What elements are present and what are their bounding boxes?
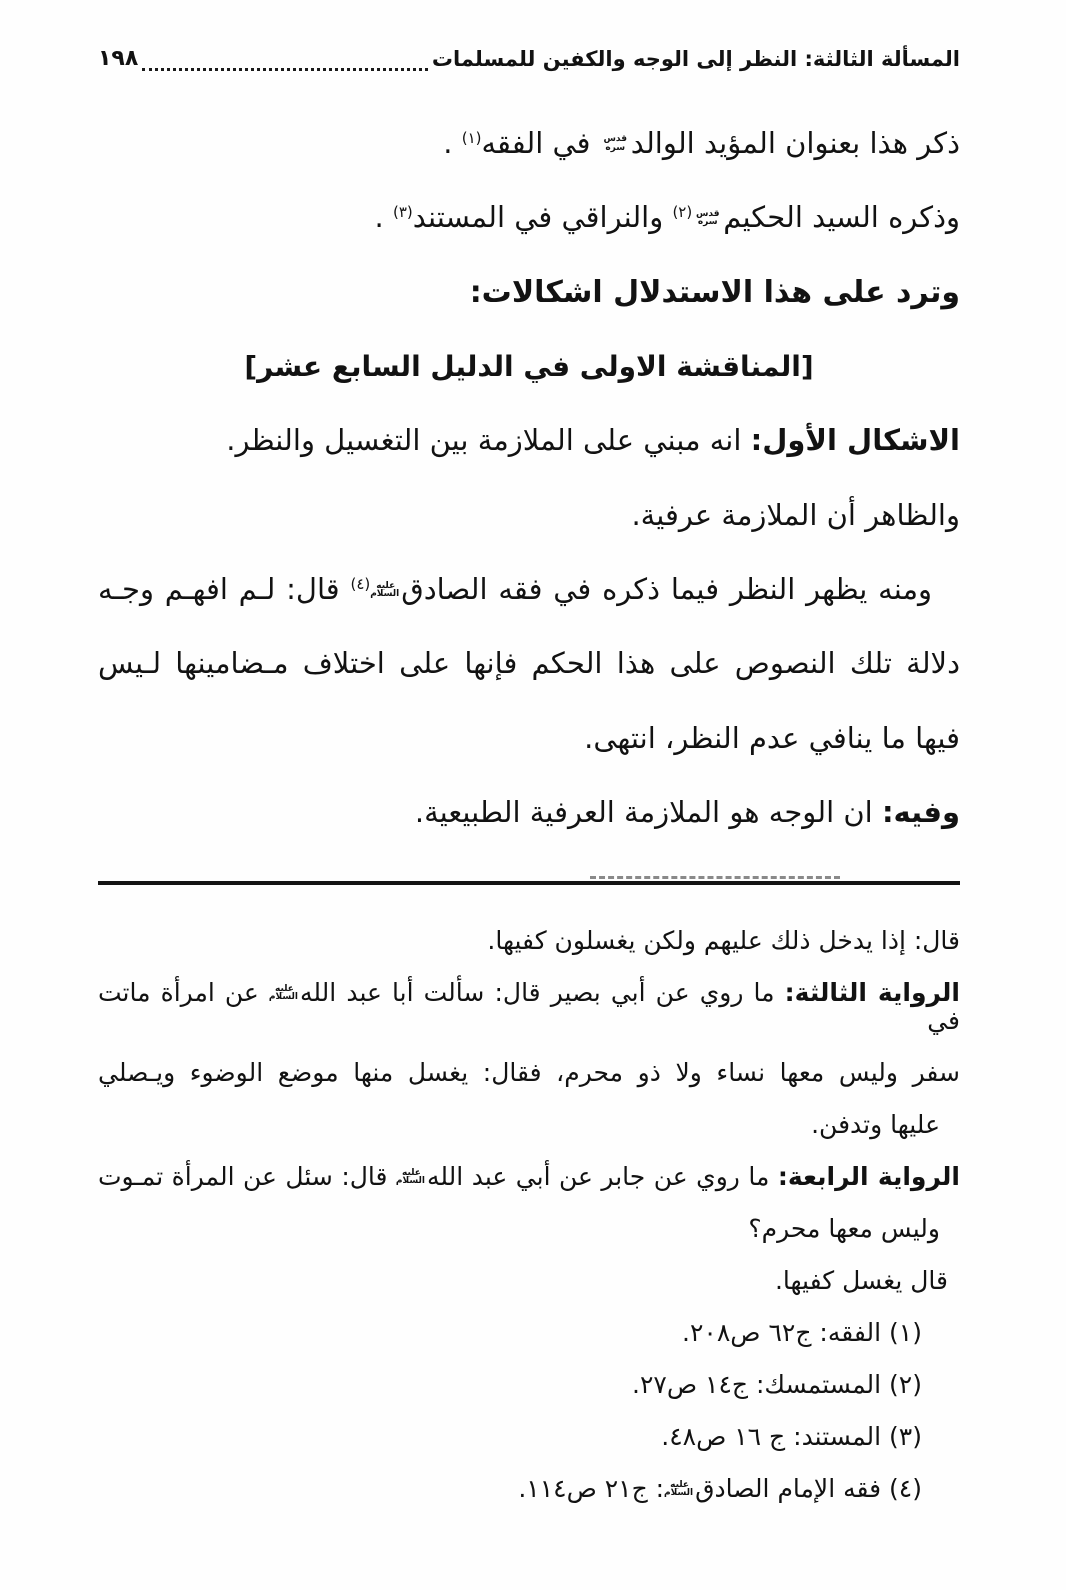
text-run: ما روي عن أبي بصير قال: سألت أبا عبد الل… — [300, 978, 785, 1007]
text-run: قال: لـم افهـم وجـه — [98, 572, 350, 606]
paragraph-line-6: والظاهر أن الملازمة عرفية. — [98, 499, 960, 532]
text-run: : ج٢١ ص١١٤. — [518, 1474, 664, 1503]
text-run: وذكره السيد الحكيم — [723, 200, 960, 234]
footnote-ref-1: (١) — [462, 129, 482, 147]
text-run: . — [443, 126, 461, 160]
paragraph-line-5: الاشكال الأول: انه مبني على الملازمة بين… — [98, 424, 960, 457]
text-run: ومنه يظهر النظر فيما ذكره في فقه الصادق — [401, 572, 932, 606]
running-title: المسألة الثالثة: النظر إلى الوجه والكفين… — [432, 47, 960, 71]
paragraph-line-1: ذكر هذا بعنوان المؤيد الوالدقدس سره في ا… — [98, 127, 960, 160]
footnote-ref-3: (٣) — [393, 203, 413, 221]
footnote-continuation: قال: إذا يدخل ذلك عليهم ولكن يغسلون كفيه… — [98, 927, 960, 955]
bracketed-subheading: [المناقشة الاولى في الدليل السابع عشر] — [98, 351, 960, 383]
footnote-narration-3: الرواية الثالثة: ما روي عن أبي بصير قال:… — [98, 979, 960, 1035]
footnote-line: وليس معها محرم؟ — [98, 1215, 960, 1243]
main-text-block: ذكر هذا بعنوان المؤيد الوالدقدس سره في ا… — [98, 127, 960, 829]
text-run: . — [375, 200, 393, 234]
text-run: قال: سئل عن المرأة تمـوت — [98, 1162, 396, 1191]
text-run: ما روي عن جابر عن أبي عبد الله — [427, 1162, 778, 1191]
honorific-mark: عليه السلام — [372, 582, 399, 599]
footnote-line: سفر وليس معها نساء ولا ذو محرم، فقال: يغ… — [98, 1059, 960, 1087]
honorific-mark: عليه السلام — [666, 1481, 693, 1498]
book-page: المسألة الثالثة: النظر إلى الوجه والكفين… — [0, 0, 1066, 1590]
honorific-mark: عليه السلام — [271, 985, 298, 1002]
paragraph-line-2: وذكره السيد الحكيمقدس سره(٢) والنراقي في… — [98, 201, 960, 234]
section-heading: وترد على هذا الاستدلال اشكالات: — [98, 276, 960, 311]
paragraph-line-10: وفيه: ان الوجه هو الملازمة العرفية الطبي… — [98, 796, 960, 829]
honorific-mark: قدس سره — [694, 210, 721, 227]
honorific-mark: قدس سره — [602, 135, 629, 152]
footnote-reference-2: (٢) المستمسك: ج١٤ ص٢٧. — [98, 1371, 960, 1399]
text-run: ذكر هذا بعنوان المؤيد الوالد — [631, 126, 960, 160]
footnote-separator — [98, 881, 960, 885]
footnote-narration-4: الرواية الرابعة: ما روي عن جابر عن أبي ع… — [98, 1163, 960, 1191]
bold-lead: الرواية الرابعة: — [778, 1162, 960, 1191]
footnote-reference-1: (١) الفقه: ج٦٢ ص٢٠٨. — [98, 1319, 960, 1347]
text-run: والنراقي في المستند — [413, 200, 673, 234]
text-run: انه مبني على الملازمة بين التغسيل والنظر… — [226, 423, 750, 457]
bold-lead: وفيه: — [882, 795, 960, 829]
paragraph-line-9: فيها ما ينافي عدم النظر، انتهى. — [98, 722, 960, 755]
scan-artifact-dashes — [590, 876, 840, 879]
page-number: ١٩٨ — [98, 46, 138, 71]
footnote-ref-4: (٤) — [350, 575, 370, 593]
bold-lead: الرواية الثالثة: — [785, 978, 960, 1007]
dot-leader — [142, 52, 428, 71]
bold-lead: الاشكال الأول: — [751, 423, 960, 457]
footnotes-block: قال: إذا يدخل ذلك عليهم ولكن يغسلون كفيه… — [98, 927, 960, 1503]
paragraph-line-7: ومنه يظهر النظر فيما ذكره في فقه الصادقع… — [98, 573, 960, 606]
footnote-reference-4: (٤) فقه الإمام الصادقعليه السلام: ج٢١ ص١… — [98, 1475, 960, 1503]
footnote-reference-3: (٣) المستند: ج ١٦ ص٤٨. — [98, 1423, 960, 1451]
honorific-mark: عليه السلام — [398, 1169, 425, 1186]
page-header: المسألة الثالثة: النظر إلى الوجه والكفين… — [98, 46, 960, 71]
text-run: في الفقه — [481, 126, 599, 160]
text-run: (٤) فقه الإمام الصادق — [695, 1474, 922, 1503]
footnote-line: عليها وتدفن. — [98, 1111, 960, 1139]
footnote-line: قال يغسل كفيها. — [98, 1267, 960, 1295]
paragraph-line-8: دلالة تلك النصوص على هذا الحكم فإنها على… — [98, 647, 960, 680]
footnote-ref-2: (٢) — [672, 203, 692, 221]
text-run: ان الوجه هو الملازمة العرفية الطبيعية. — [415, 795, 882, 829]
